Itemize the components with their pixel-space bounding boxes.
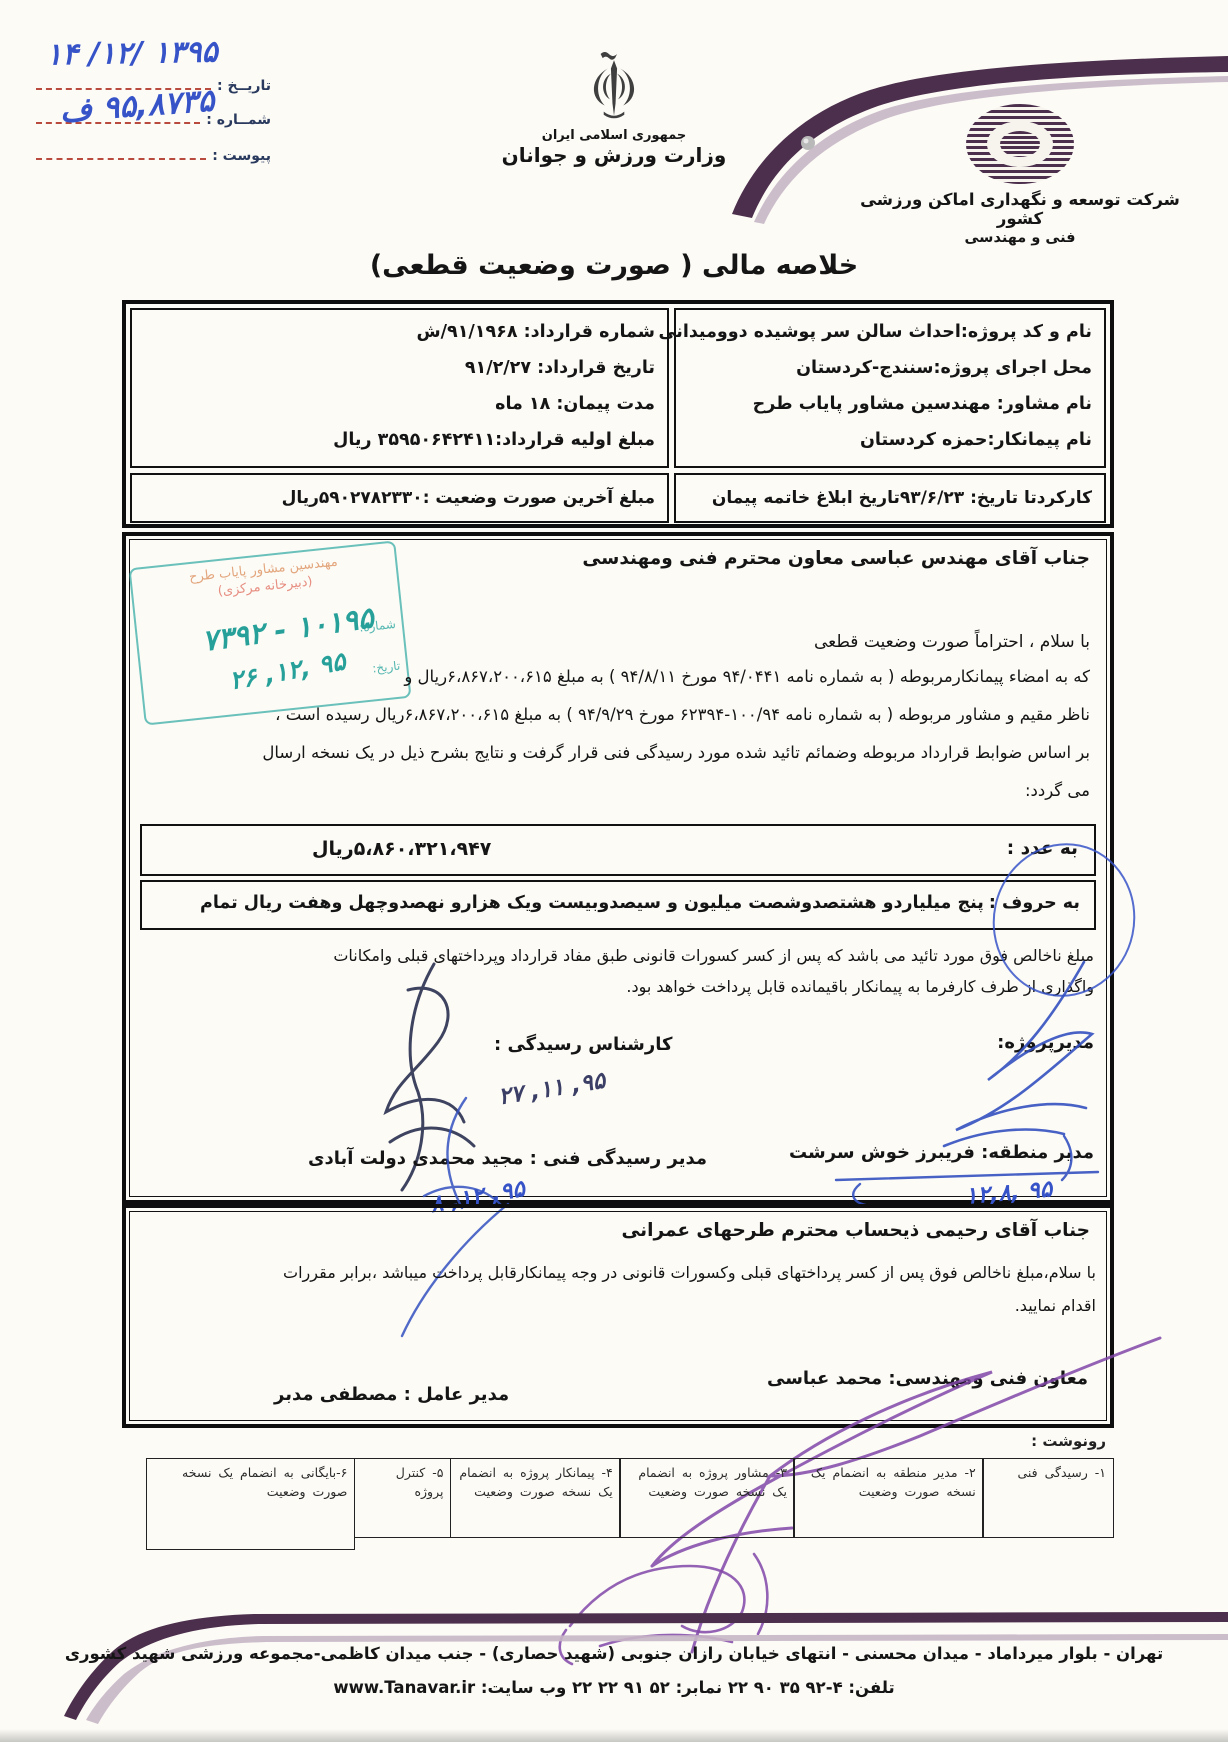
document-title: خلاصه مالی ( صورت وضعیت قطعی): [0, 250, 1228, 281]
project-info-cell: نام و کد پروژه:احداث سالن سر پوشیده دووم…: [674, 308, 1106, 468]
footer-ribbon-swoosh: [0, 1608, 1228, 1728]
contractor-name: نام پیمانکار:حمزه کردستان: [688, 422, 1092, 458]
project-name: نام و کد پروژه:احداث سالن سر پوشیده دووم…: [688, 314, 1092, 350]
contract-info-table: نام و کد پروژه:احداث سالن سر پوشیده دووم…: [122, 300, 1114, 528]
cc-item-3: ۳- مشاور پروژه به انضمام یک نسخه صورت وض…: [619, 1458, 795, 1538]
last-statement-cell: مبلغ آخرین صورت وضعیت :۵۹۰۲۷۸۲۳۳۰ریال: [130, 473, 669, 523]
contract-duration: مدت پیمان: ۱۸ ماه: [144, 386, 655, 422]
footer-address: تهران - بلوار میرداماد - میدان محسنی - ا…: [0, 1644, 1228, 1663]
project-location: محل اجرای پروژه:سنندج-کردستان: [688, 350, 1092, 386]
letter-line-3: بر اساس ضوابط قرارداد مربوطه وضمائم تائی…: [146, 734, 1090, 772]
letter-line-4: می گردد:: [146, 772, 1090, 810]
handwritten-registration-date: ۱۳۹۵ /۱۲/ ۱۴: [46, 35, 218, 73]
cc-item-5: ۵- کنترل پروژه: [354, 1458, 452, 1538]
contract-number: شماره قرارداد: ۹۱/۱۹۶۸/ش: [144, 314, 655, 350]
cc-item-2: ۲- مدیر منطقه به انضمام یک نسخه صورت وضع…: [793, 1458, 983, 1538]
scan-edge-shadow: [0, 1729, 1228, 1742]
cc-distribution-table: ۱- رسیدگی فنی ۲- مدیر منطقه به انضمام یک…: [138, 1458, 1114, 1538]
audit-expert-date: ۹۵, ۱۱, ۲۷: [497, 1068, 607, 1111]
last-statement-amount: مبلغ آخرین صورت وضعیت :۵۹۰۲۷۸۲۳۳۰ریال: [282, 487, 655, 509]
amount-words-box: به حروف : پنج میلیاردو هشتصدوشصت میلیون …: [140, 880, 1096, 930]
signature-project-manager: [926, 956, 1116, 1156]
amount-numeric-value: ۵،۸۶۰،۳۲۱،۹۴۷ریال: [312, 838, 491, 860]
cc-item-1: ۱- رسیدگی فنی: [982, 1458, 1114, 1538]
work-until-date: کارکردتا تاریخ: ۹۳/۶/۲۳تاریخ ابلاغ خاتمه…: [712, 487, 1092, 509]
stamp-handwritten-number: ۱۰۱۹۵ - ۷۳۹۲: [200, 600, 375, 658]
consultant-name: نام مشاور: مهندسین مشاور پایاب طرح: [688, 386, 1092, 422]
cc-label: رونوشت :: [1031, 1432, 1106, 1450]
letter-body-box: جناب آقای مهندس عباسی معاون محترم فنی وم…: [122, 532, 1114, 1204]
amount-words-value: پنج میلیاردو هشتصدوشصت میلیون و سیصدوبیس…: [200, 893, 984, 913]
scanned-document-page: ۱۳۹۵ /۱۲/ ۱۴ تاریــخ : شمــاره : ۹۵,۸۷۳۵…: [0, 0, 1228, 1742]
company-block: شرکت توسعه و نگهداری اماکن ورزشی کشور فن…: [858, 104, 1182, 246]
treasurer-addressee: جناب آقای رحیمی ذیحساب محترم طرحهای عمرا…: [621, 1220, 1090, 1241]
company-line2: فنی و مهندسی: [858, 230, 1182, 246]
contract-initial-amount: مبلغ اولیه قرارداد:۳۵۹۵۰۶۴۲۴۱۱ ریال: [144, 422, 655, 458]
company-logo-icon: [966, 104, 1074, 184]
audit-expert-label: کارشناس رسیدگی :: [494, 1034, 672, 1055]
ref-attachment-dashline: [36, 150, 206, 160]
cc-item-4: ۴- پیمانکار پروژه به انضمام یک نسخه صورت…: [450, 1458, 621, 1538]
letter-line-2: ناظر مقیم و مشاور مربوطه ( به شماره نامه…: [146, 696, 1090, 734]
work-until-cell: کارکردتا تاریخ: ۹۳/۶/۲۳تاریخ ابلاغ خاتمه…: [674, 473, 1106, 523]
treasurer-line-1: با سلام،مبلغ ناخالص فوق پس از کسر پرداخت…: [140, 1256, 1096, 1289]
ceo-label: مدیر عامل : مصطفی مدبر: [274, 1384, 509, 1405]
letter-addressee: جناب آقای مهندس عباسی معاون محترم فنی وم…: [582, 548, 1090, 569]
company-line1: شرکت توسعه و نگهداری اماکن ورزشی کشور: [858, 190, 1182, 228]
letter-paragraph: که به امضاء پیمانکارمربوطه ( به شماره نا…: [146, 658, 1090, 810]
letter-greeting: با سلام ، احتراماً صورت وضعیت قطعی: [814, 632, 1090, 652]
signature-tech-audit: [412, 1096, 512, 1216]
amount-numeric-box: به عدد : ۵،۸۶۰،۳۲۱،۹۴۷ریال: [140, 824, 1096, 876]
contract-date: تاریخ قرارداد: ۹۱/۲/۲۷: [144, 350, 655, 386]
cc-item-6: ۶-بایگانی به انضمام یک نسخه صورت وضعیت: [146, 1458, 356, 1550]
iran-emblem-icon: [583, 52, 645, 126]
contract-detail-cell: شماره قرارداد: ۹۱/۱۹۶۸/ش تاریخ قرارداد: …: [130, 308, 669, 468]
letter-line-1: که به امضاء پیمانکارمربوطه ( به شماره نا…: [146, 658, 1090, 696]
ribbon-pin-dot: [801, 136, 815, 150]
ref-attachment-label: پیوست :: [212, 148, 271, 164]
footer-contact: تلفن: ۴-۹۲ ۳۵ ۹۰ ۲۲ نمابر: ۵۲ ۹۱ ۲۲ ۲۲ و…: [0, 1678, 1228, 1697]
ref-attachment-row: پیوست :: [36, 148, 271, 164]
